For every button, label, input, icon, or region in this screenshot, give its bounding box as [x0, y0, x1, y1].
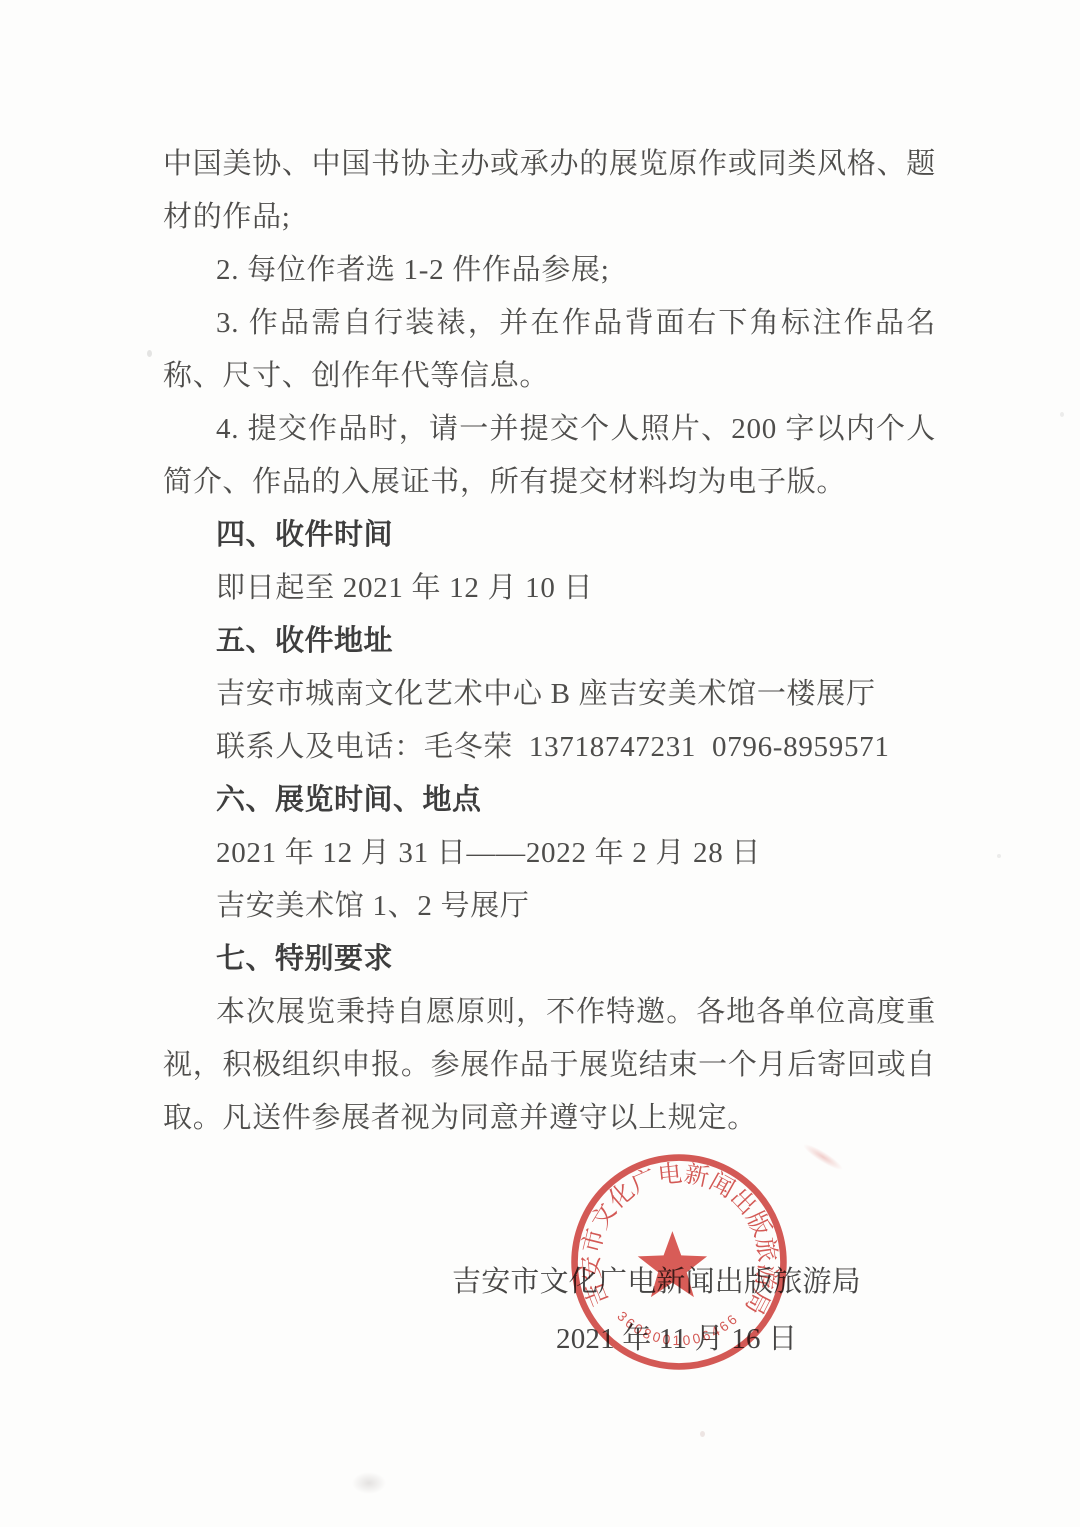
contact-line: 联系人及电话：毛冬荣 13718747231 0796-8959571 [163, 721, 936, 774]
scan-artifact [147, 350, 152, 357]
scan-artifact [1060, 412, 1064, 417]
text-line: 视，积极组织申报。参展作品于展览结束一个月后寄回或自 [163, 1039, 936, 1092]
seal-code-arc-text: 3608001006466 [614, 1308, 742, 1348]
section-heading: 七、特别要求 [163, 933, 936, 986]
list-item: 4. 提交作品时，请一并提交个人照片、200 字以内个人 [163, 403, 936, 456]
text-line: 即日起至 2021 年 12 月 10 日 [163, 562, 936, 615]
text-line: 吉安美术馆 1、2 号展厅 [163, 880, 936, 933]
text-line: 取。凡送件参展者视为同意并遵守以上规定。 [163, 1092, 936, 1145]
text-line: 材的作品; [163, 191, 936, 244]
section-heading: 五、收件地址 [163, 615, 936, 668]
text-line: 2021 年 12 月 31 日——2022 年 2 月 28 日 [163, 827, 936, 880]
scanned-document-page: 中国美协、中国书协主办或承办的展览原作或同类风格、题 材的作品; 2. 每位作者… [0, 0, 1080, 1527]
section-heading: 六、展览时间、地点 [163, 774, 936, 827]
official-seal: 吉安市文化广电新闻出版旅游局 3608001006466 [571, 1154, 787, 1370]
section-heading: 四、收件时间 [163, 509, 936, 562]
text-line: 本次展览秉持自愿原则，不作特邀。各地各单位高度重 [163, 986, 936, 1039]
seal-ink-smudge [801, 1141, 845, 1174]
text-line: 称、尺寸、创作年代等信息。 [163, 350, 936, 403]
list-item: 2. 每位作者选 1-2 件作品参展; [163, 244, 936, 297]
text-line: 中国美协、中国书协主办或承办的展览原作或同类风格、题 [163, 138, 936, 191]
scan-artifact [700, 1431, 705, 1437]
scan-artifact [352, 1472, 386, 1494]
document-body: 中国美协、中国书协主办或承办的展览原作或同类风格、题 材的作品; 2. 每位作者… [163, 138, 936, 1145]
text-line: 吉安市城南文化艺术中心 B 座吉安美术馆一楼展厅 [163, 668, 936, 721]
text-line: 简介、作品的入展证书，所有提交材料均为电子版。 [163, 456, 936, 509]
list-item: 3. 作品需自行装裱，并在作品背面右下角标注作品名 [163, 297, 936, 350]
scan-artifact [997, 854, 1001, 858]
seal-star-icon [638, 1231, 707, 1297]
